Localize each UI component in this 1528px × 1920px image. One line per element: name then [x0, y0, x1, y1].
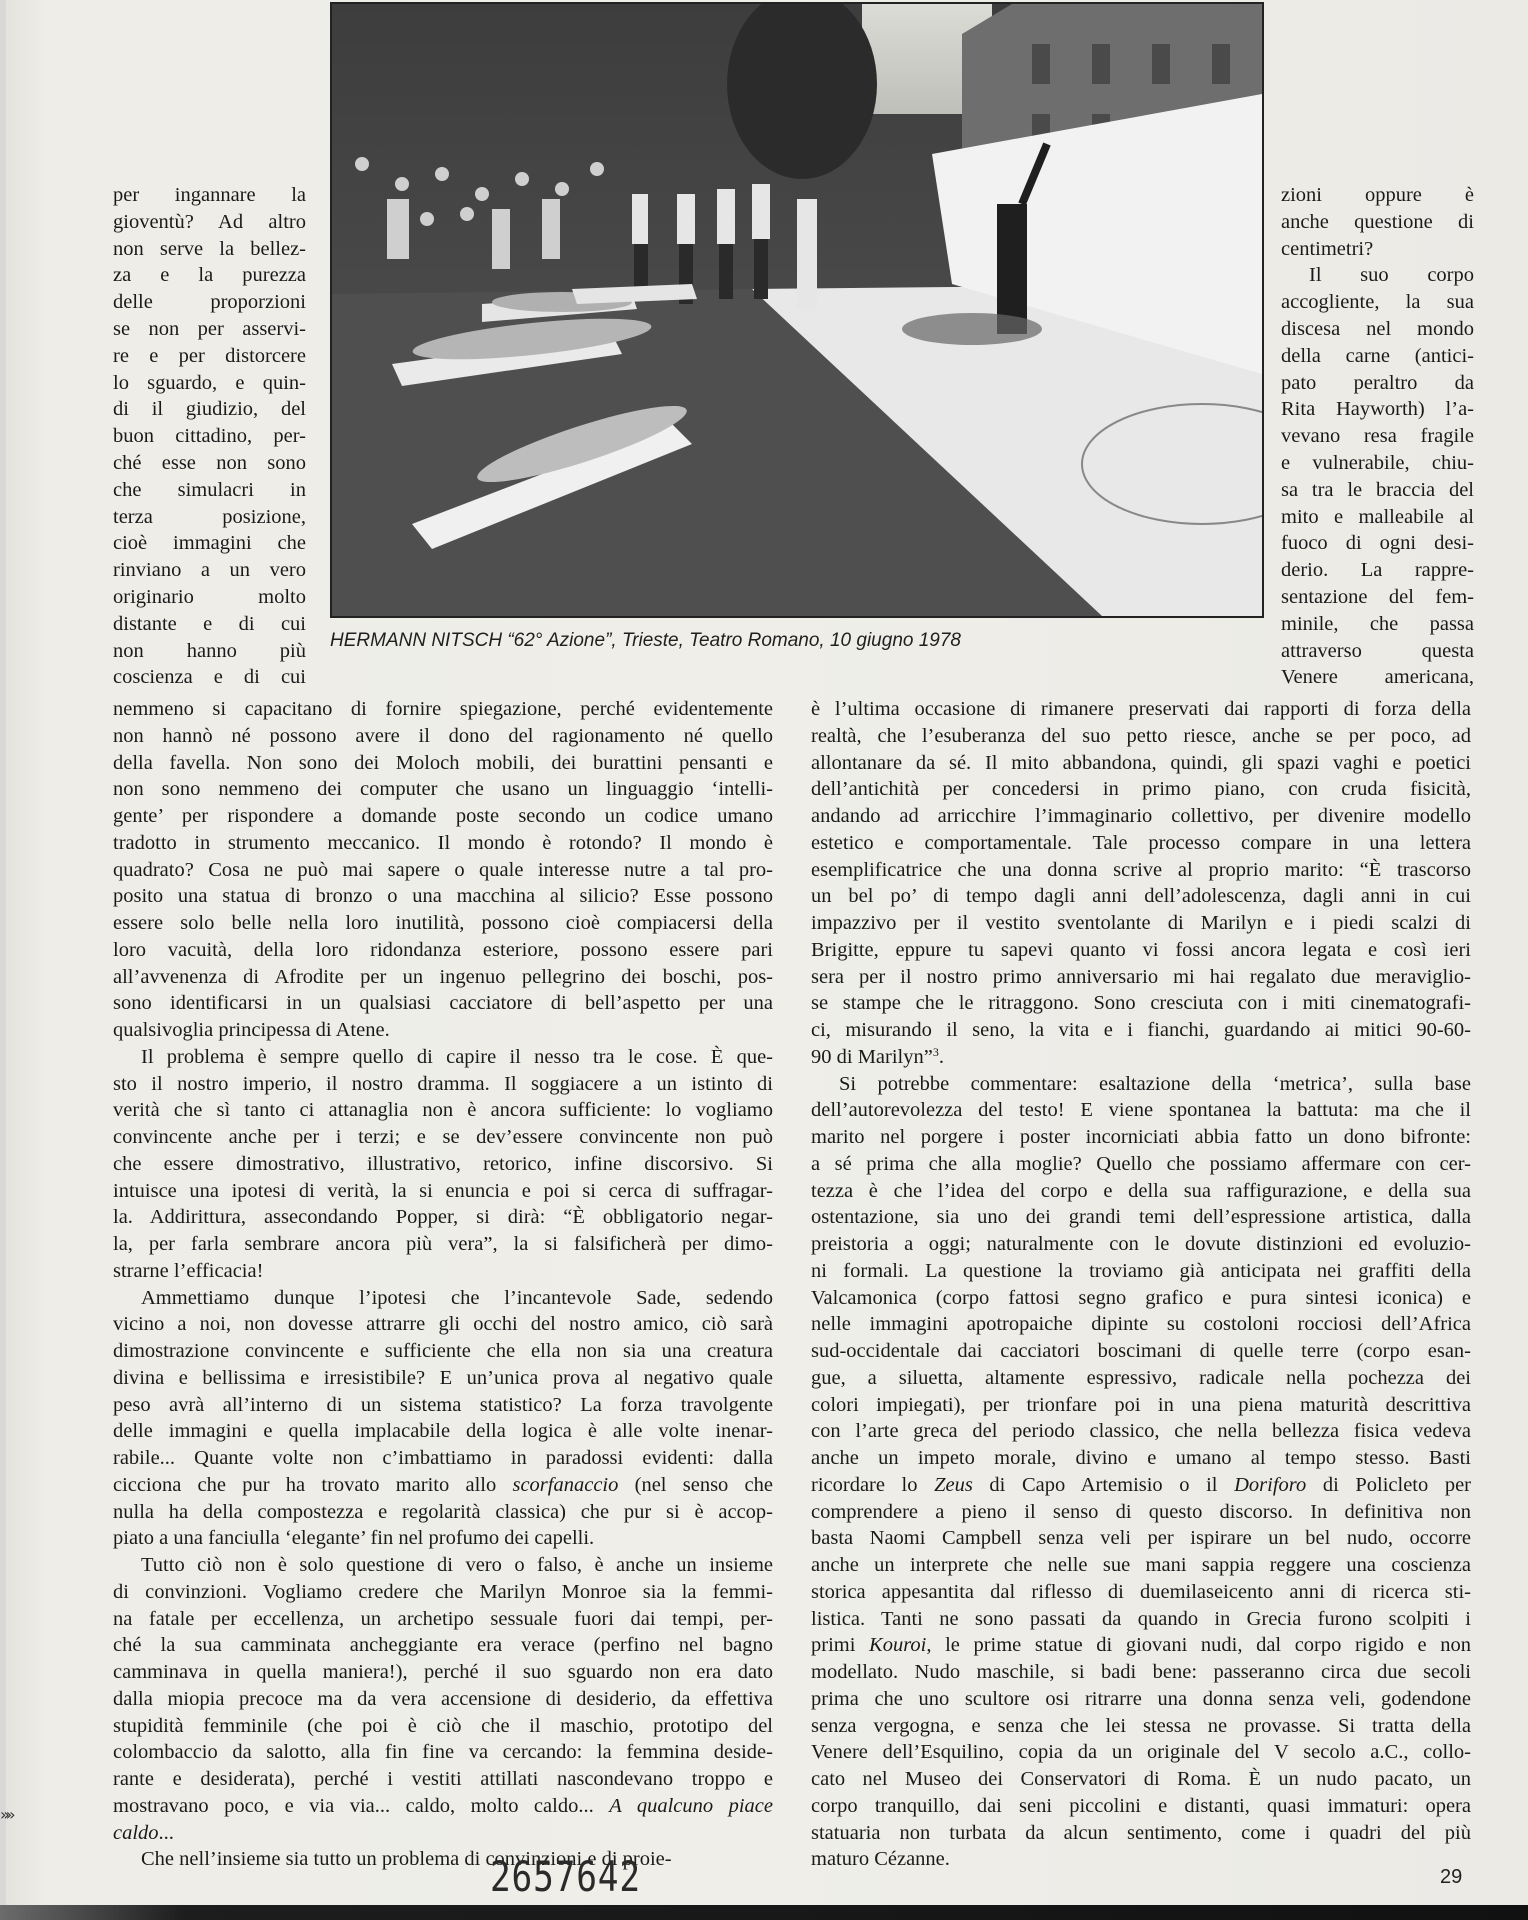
text-line: è l’ultima occasione di rimanere preserv…	[811, 696, 1471, 723]
text-line: re e per distorcere	[113, 343, 306, 370]
text-line: e vulnerabile, chiu-	[1281, 450, 1474, 477]
text-line: fuoco di ogni desi-	[1281, 530, 1474, 557]
text-line: Tutto ciò non è solo questione di vero o…	[113, 1552, 773, 1579]
text-line: realtà, che l’esuberanza del suo petto r…	[811, 723, 1471, 750]
text-line: mito e malleabile al	[1281, 504, 1474, 531]
text-line: colombaccio da salotto, alla fin fine va…	[113, 1739, 773, 1766]
text-line: della carne (antici-	[1281, 343, 1474, 370]
text-line: Si potrebbe commentare: esaltazione dell…	[811, 1071, 1471, 1098]
text-line: sa tra le braccia del	[1281, 477, 1474, 504]
text-line: coscienza e di cui	[113, 664, 306, 691]
text-line: camminava in quella maniera!), perché il…	[113, 1659, 773, 1686]
text-line: maturo Cézanne.	[811, 1846, 1471, 1873]
text-line: Venere dell’Esquilino, copia da un origi…	[811, 1739, 1471, 1766]
text-line: dell’autorevolezza del testo! E viene sp…	[811, 1097, 1471, 1124]
text-line: tradotto in strumento meccanico. Il mond…	[113, 830, 773, 857]
text-line: se stampe che le ritraggono. Sono cresci…	[811, 990, 1471, 1017]
text-line: piato a una fanciulla ‘elegante’ fin nel…	[113, 1525, 773, 1552]
text-line-with-footnote: 90 di Marilyn”3.	[811, 1044, 1471, 1071]
text-line-with-italic: mostravano poco, e via via... caldo, mol…	[113, 1793, 773, 1820]
text-line: posito una statua di bronzo o una macchi…	[113, 883, 773, 910]
text-line: Il problema è sempre quello di capire il…	[113, 1044, 773, 1071]
text-line: all’avvenenza di Afrodite per un ingenuo…	[113, 964, 773, 991]
text-line: Venere americana,	[1281, 664, 1474, 691]
text-line: modellato. Nudo maschile, si badi bene: …	[811, 1659, 1471, 1686]
text-line: lo sguardo, e quin-	[113, 370, 306, 397]
text-line: estetico e comportamentale. Tale process…	[811, 830, 1471, 857]
left-text-column: nemmeno si capacitano di fornire spiegaz…	[113, 696, 773, 1873]
text-line: allontanare da sé. Il mito abbandona, qu…	[811, 750, 1471, 777]
text-line: minile, che passa	[1281, 611, 1474, 638]
text-line: derio. La rappre-	[1281, 557, 1474, 584]
text-line: a sé prima che alla moglie? Quello che p…	[811, 1151, 1471, 1178]
text-line: comprendere a pieno il senso di questo d…	[811, 1499, 1471, 1526]
text-line: anche questione di	[1281, 209, 1474, 236]
text-line: anche un impeto morale, divino e umano a…	[811, 1445, 1471, 1472]
text-line: Ammettiamo dunque l’ipotesi che l’incant…	[113, 1285, 773, 1312]
text-line: con l’arte greca del periodo classico, c…	[811, 1418, 1471, 1445]
text-line: andando ad arricchire l’immaginario coll…	[811, 803, 1471, 830]
page-number: 29	[1440, 1866, 1462, 1889]
text-line: ostentazione, sia uno dei grandi temi de…	[811, 1204, 1471, 1231]
text-line-with-italic: cicciona che pur ha trovato marito allo …	[113, 1472, 773, 1499]
text-line: strarne l’efficacia!	[113, 1258, 773, 1285]
text-line: delle proporzioni	[113, 289, 306, 316]
text-line-with-italic: ricordare lo Zeus di Capo Artemisio o il…	[811, 1472, 1471, 1499]
text-line: prima che uno scultore osi ritrarre una …	[811, 1686, 1471, 1713]
text-line-with-italic: primi Kouroi, le prime statue di giovani…	[811, 1632, 1471, 1659]
text-line: na fatale per eccellenza, un archetipo s…	[113, 1606, 773, 1633]
text-line: storica appesantita dal riflesso di duem…	[811, 1579, 1471, 1606]
photo-illustration	[332, 4, 1262, 616]
text-line: attraverso questa	[1281, 638, 1474, 665]
text-line: preistoria a oggi; naturalmente con le d…	[811, 1231, 1471, 1258]
text-line: originario molto	[113, 584, 306, 611]
text-line: esemplificatrice che una donna scrive al…	[811, 857, 1471, 884]
text-line: sono identificarsi in un qualsiasi cacci…	[113, 990, 773, 1017]
text-line: tezza è che l’idea del corpo e della sua…	[811, 1178, 1471, 1205]
text-line: gioventù? Ad altro	[113, 209, 306, 236]
right-text-column: è l’ultima occasione di rimanere preserv…	[811, 696, 1471, 1873]
text-line: peso avrà all’interno di un sistema stat…	[113, 1392, 773, 1419]
text-line: Brigitte, eppure tu sapevi quanto vi fos…	[811, 937, 1471, 964]
text-line: basta Naomi Campbell senza veli per ispi…	[811, 1525, 1471, 1552]
text-line: Rita Hayworth) l’a-	[1281, 396, 1474, 423]
text-line: non serve la bellez-	[113, 236, 306, 263]
text-line: vicino a noi, non dovesse attrarre gli o…	[113, 1311, 773, 1338]
photo-caption: HERMANN NITSCH “62° Azione”, Trieste, Te…	[330, 630, 1050, 652]
text-line: statuaria non turbata da alcun sentiment…	[811, 1820, 1471, 1847]
text-line: qualsivoglia principessa di Atene.	[113, 1017, 773, 1044]
text-line: intuisce una ipotesi di verità, la si en…	[113, 1178, 773, 1205]
text-line: non hanno più	[113, 638, 306, 665]
text-line: discesa nel mondo	[1281, 316, 1474, 343]
text-line: dalla miopia precoce ma da vera accensio…	[113, 1686, 773, 1713]
text-line: non sono nemmeno dei computer che usano …	[113, 776, 773, 803]
text-line: dimostrazione convincente e sufficiente …	[113, 1338, 773, 1365]
scan-bottom-edge	[0, 1905, 1528, 1920]
left-narrow-column: per ingannare la gioventù? Ad altro non …	[113, 182, 306, 691]
text-line: della favella. Non sono dei Moloch mobil…	[113, 750, 773, 777]
text-line: Il suo corpo	[1281, 262, 1474, 289]
text-line: vevano resa fragile	[1281, 423, 1474, 450]
text-line: loro vacuità, della loro ridondanza este…	[113, 937, 773, 964]
scan-left-edge	[0, 0, 6, 1905]
text-line: di il giudizio, del	[113, 396, 306, 423]
performance-photo	[330, 2, 1264, 618]
text-line: nelle immagini apotropaiche dipinte su c…	[811, 1311, 1471, 1338]
text-line: terza posizione,	[113, 504, 306, 531]
text-line: za e la purezza	[113, 262, 306, 289]
text-line: sentazione del fem-	[1281, 584, 1474, 611]
text-line: sto il nostro imperio, il nostro dramma.…	[113, 1071, 773, 1098]
text-line: rinviano a un vero	[113, 557, 306, 584]
text-line: nemmeno si capacitano di fornire spiegaz…	[113, 696, 773, 723]
text-line: accogliente, la sua	[1281, 289, 1474, 316]
text-line: che simulacri in	[113, 477, 306, 504]
text-line: sera per il nostro primo anniversario mi…	[811, 964, 1471, 991]
text-line: nulla ha della compostezza e regolarità …	[113, 1499, 773, 1526]
italic-artwork-title: Zeus	[934, 1474, 973, 1496]
text-line: pato peraltro da	[1281, 370, 1474, 397]
text-line: delle immagini e quella implacabile dell…	[113, 1418, 773, 1445]
text-line: rabile... Quante volte non c’imbattiamo …	[113, 1445, 773, 1472]
right-narrow-column: zioni oppure è anche questione di centim…	[1281, 182, 1474, 691]
text-line: marito nel porgere i poster incorniciati…	[811, 1124, 1471, 1151]
italic-term: scorfanaccio	[512, 1474, 618, 1496]
text-line: se non per asservi-	[113, 316, 306, 343]
text-line: dell’antichità per concedersi in primo p…	[811, 776, 1471, 803]
text-line: Che nell’insieme sia tutto un problema d…	[113, 1846, 773, 1873]
text-line: stupidità femminile (che poi è ciò che i…	[113, 1713, 773, 1740]
text-line: sud-occidentale dai cacciatori boscimani…	[811, 1338, 1471, 1365]
text-line: ché esse non sono	[113, 450, 306, 477]
text-line: la. Addirittura, assecondando Popper, si…	[113, 1204, 773, 1231]
text-line: rante e desiderata), perché i vestiti at…	[113, 1766, 773, 1793]
text-line: verità che sì tanto ci attanaglia non è …	[113, 1097, 773, 1124]
text-line: Valcamonica (corpo fattosi segno grafico…	[811, 1285, 1471, 1312]
text-line: che essere dimostrativo, illustrativo, r…	[113, 1151, 773, 1178]
text-line: ci, misurando il seno, la vita e i fianc…	[811, 1017, 1471, 1044]
text-line: centimetri?	[1281, 236, 1474, 263]
text-line: ni formali. La questione la troviamo già…	[811, 1258, 1471, 1285]
text-line: gente’ per rispondere a domande poste se…	[113, 803, 773, 830]
text-line: di convinzioni. Vogliamo credere che Mar…	[113, 1579, 773, 1606]
text-line: distante e di cui	[113, 611, 306, 638]
italic-film-title: A qualcuno piace	[609, 1795, 773, 1817]
italic-artwork-title: Doriforo	[1234, 1474, 1306, 1496]
text-line: divina e bellissima e irresistibile? E u…	[113, 1365, 773, 1392]
text-line: colori impiegati), per trionfare poi in …	[811, 1392, 1471, 1419]
text-line: buon cittadino, per-	[113, 423, 306, 450]
margin-mark: »»	[0, 1805, 12, 1824]
text-line: quadrato? Cosa ne può mai sapere o quale…	[113, 857, 773, 884]
text-line: zioni oppure è	[1281, 182, 1474, 209]
text-line: ché la sua camminata ancheggiante era ve…	[113, 1632, 773, 1659]
text-line: corpo tranquillo, dai seni piccolini e d…	[811, 1793, 1471, 1820]
text-line: cato nel Museo dei Conservatori di Roma.…	[811, 1766, 1471, 1793]
text-line: convincente anche per i terzi; e se dev’…	[113, 1124, 773, 1151]
text-line-with-italic: caldo...	[113, 1820, 773, 1847]
text-line: un bel po’ di tempo dagli anni dell’adol…	[811, 883, 1471, 910]
text-line: impazzivo per il vestito sventolante di …	[811, 910, 1471, 937]
italic-film-title: caldo	[113, 1822, 159, 1844]
text-line: senza vergogna, e senza che lei stessa n…	[811, 1713, 1471, 1740]
text-line: la, per farla sembrare ancora più vera”,…	[113, 1231, 773, 1258]
text-line: gue, a siluetta, altamente espressivo, r…	[811, 1365, 1471, 1392]
text-line: essere solo belle nella loro inutilità, …	[113, 910, 773, 937]
inventory-stamp: 2657642	[490, 1852, 641, 1901]
text-line: per ingannare la	[113, 182, 306, 209]
text-line: listica. Tanti ne sono passati da quando…	[811, 1606, 1471, 1633]
text-line: non hannò né possono avere il dono del r…	[113, 723, 773, 750]
text-line: anche un interprete che nelle sue mani s…	[811, 1552, 1471, 1579]
text-line: cioè immagini che	[113, 530, 306, 557]
italic-artwork-title: Kouroi	[869, 1634, 926, 1656]
